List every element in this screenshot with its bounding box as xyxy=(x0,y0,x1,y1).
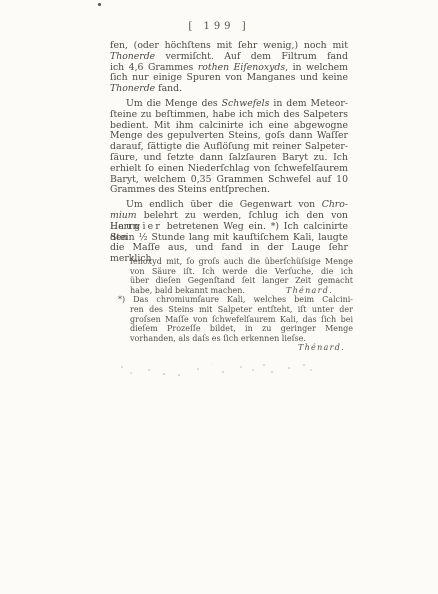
text-segment: groſsen Maſſe von ſchwefelſaurem Kali, d… xyxy=(130,315,353,324)
text-segment: Thénard. xyxy=(298,343,345,352)
text-segment: Stein ½ Stunde lang mit kauſtiſchem Kali… xyxy=(110,232,348,243)
paragraph: fen, (oder höchſtens mit ſehr wenig,) no… xyxy=(110,41,348,95)
page-number: [ 199 ] xyxy=(0,21,438,32)
text-segment: ſteine zu beſtimmen, habe ich mich des S… xyxy=(110,109,348,120)
text-line: groſsen Maſſe von ſchwefelſaurem Kali, d… xyxy=(130,315,353,325)
book-page: [ 199 ] fen, (oder höchſtens mit ſehr we… xyxy=(0,0,438,594)
text-segment: ſich nur einige Spuren von Manganes und … xyxy=(110,72,348,83)
text-segment: von Säure iſt. Ich werde die Verſuche, d… xyxy=(130,267,353,276)
text-segment: Thonerde xyxy=(110,51,155,62)
text-segment: über dieſen Gegenſtand ſeit langer Zeit … xyxy=(130,276,353,285)
scan-speck xyxy=(240,366,242,368)
text-segment: Schwefels xyxy=(222,98,270,109)
text-segment: Baryt, welchem 0,35 Grammen Schwefel auf… xyxy=(110,174,348,185)
text-segment: darauf, ſättigte die Auflöſung mit reine… xyxy=(110,141,348,152)
text-segment: , in welchem xyxy=(285,62,348,73)
text-line: vorhanden, als daſs es ſich erkennen lie… xyxy=(130,334,353,344)
text-line: Thénard. xyxy=(130,343,353,353)
text-segment: Thonerde xyxy=(110,83,155,94)
text-segment: fand. xyxy=(155,83,182,94)
text-segment: in dem Meteor- xyxy=(269,98,348,109)
text-line: habe, bald bekannt machen.Thénard. xyxy=(130,286,353,296)
scan-speck xyxy=(271,371,273,373)
text-segment: *) Das chromiumſaure Kali, welches beim … xyxy=(118,295,353,304)
text-line: *) Das chromiumſaure Kali, welches beim … xyxy=(130,295,353,305)
scan-speck xyxy=(163,373,165,375)
text-line: Thonerde fand. xyxy=(110,84,348,95)
scan-speck xyxy=(310,369,312,371)
text-segment: Grammes des Steins entſprechen. xyxy=(110,184,270,195)
footnote: ſenoxyd mit, ſo groſs auch die überſchüſ… xyxy=(130,257,353,295)
paragraph: Um endlich über die Gegenwart von Chro-m… xyxy=(110,200,348,254)
scan-speck xyxy=(222,371,224,373)
scan-speck xyxy=(98,3,101,6)
text-segment: ren des Steins mit Salpeter entſteht, iſ… xyxy=(130,305,353,314)
footnotes: ſenoxyd mit, ſo groſs auch die überſchüſ… xyxy=(130,257,353,353)
scan-speck xyxy=(211,364,212,365)
text-segment: Chro- xyxy=(322,199,348,210)
text-segment: Um die Menge des xyxy=(126,98,222,109)
text-line: ren des Steins mit Salpeter entſteht, iſ… xyxy=(130,305,353,315)
text-segment: habe, bald bekannt machen. xyxy=(130,286,245,296)
text-segment: Um endlich über die Gegenwart von xyxy=(126,199,322,210)
scan-speck xyxy=(263,364,265,366)
text-segment: ſäure, und ſetzte dann ſalzſauren Baryt … xyxy=(110,152,348,163)
text-segment: bedient. Mit ihm calcinirte ich eine abg… xyxy=(110,120,348,131)
scan-speck xyxy=(178,374,180,376)
scan-speck xyxy=(252,369,254,371)
scan-speck xyxy=(197,368,199,370)
scan-speck xyxy=(288,367,290,369)
text-line: dieſem Prozeſſe bildet, in zu geringer M… xyxy=(130,324,353,334)
text-segment: ſenoxyd mit, ſo groſs auch die überſchüſ… xyxy=(130,257,353,266)
text-line: ſenoxyd mit, ſo groſs auch die überſchüſ… xyxy=(130,257,353,267)
text-segment: dieſem Prozeſſe bildet, in zu geringer M… xyxy=(130,324,353,333)
body-text: fen, (oder höchſtens mit ſehr wenig,) no… xyxy=(110,41,348,254)
text-segment: rothen Eiſenoxyds xyxy=(198,62,285,73)
paragraph: Um die Menge des Schwefels in dem Meteor… xyxy=(110,99,348,196)
scan-speck xyxy=(121,366,123,368)
text-segment: erhielt ſo einen Niederſchlag von ſchwef… xyxy=(110,163,348,174)
text-segment: Laugier xyxy=(110,221,162,232)
text-segment: ich 4,6 Grammes xyxy=(110,62,198,73)
text-line: von Säure iſt. Ich werde die Verſuche, d… xyxy=(130,267,353,277)
text-line: Grammes des Steins entſprechen. xyxy=(110,185,348,196)
text-segment: vorhanden, als daſs es ſich erkennen lie… xyxy=(130,334,306,343)
scan-speck xyxy=(303,364,305,366)
footnote: *) Das chromiumſaure Kali, welches beim … xyxy=(130,295,353,353)
text-segment: fen, (oder höchſtens mit ſehr wenig,) no… xyxy=(110,40,348,51)
text-segment: Thénard. xyxy=(286,286,333,296)
text-segment: vermiſcht. Auf dem Filtrum fand xyxy=(155,51,348,62)
text-line: die Maſſe aus, und fand in der Lauge ſeh… xyxy=(110,243,348,254)
text-segment: mium xyxy=(110,210,137,221)
text-line: über dieſen Gegenſtand ſeit langer Zeit … xyxy=(130,276,353,286)
scan-speck xyxy=(130,372,132,374)
scan-speck xyxy=(148,369,150,371)
text-segment: Menge des gepulverten Steins, goſs dann … xyxy=(110,130,348,141)
